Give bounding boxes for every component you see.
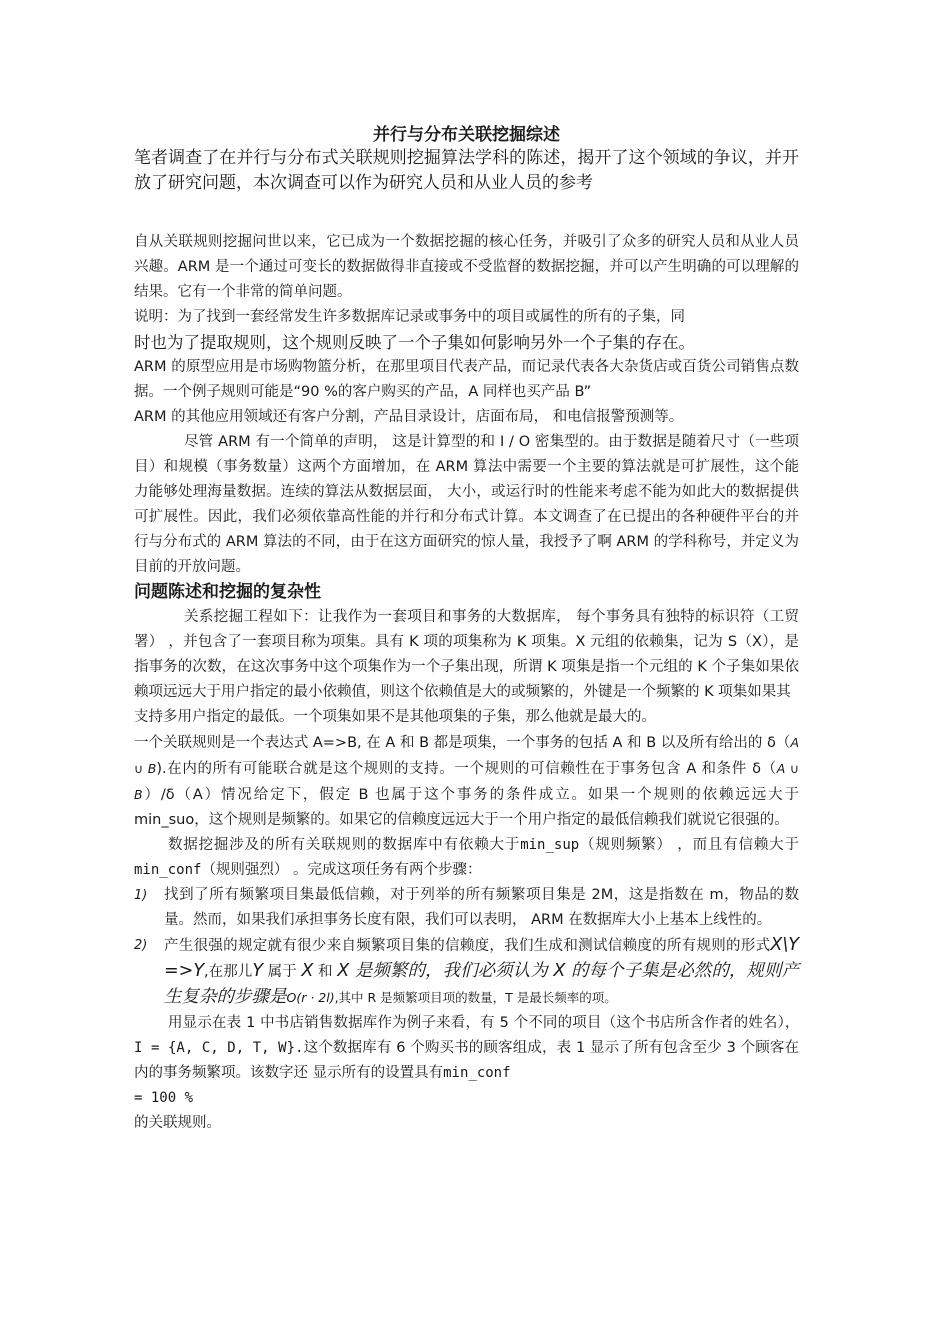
list-item-1: 1)找到了所有频繁项目集最低信赖，对于列举的所有频繁项目集是 2M，这是指数在 … (134, 883, 799, 933)
code-min-conf: min_conf (443, 1065, 510, 1081)
list-item-2: 2)产生很强的规定就有很少来自频繁项目集的信赖度，我们生成和测试信赖度的所有规则… (134, 933, 799, 1011)
spacer (134, 196, 799, 230)
list-number: 2) (134, 933, 147, 958)
section-paragraph-1: 关系挖掘工程如下：让我作为一套项目和事务的大数据库， 每个事务具有独特的标识符（… (134, 605, 799, 705)
document-title: 并行与分布关联挖掘综述 (134, 124, 799, 146)
section-paragraph-4: 数据挖掘涉及的所有关联规则的数据库中有依赖大于min_sup（规则频繁） ，而且… (134, 833, 799, 883)
list-text: 产生很强的规定就有很少来自频繁项目集的信赖度，我们生成和测试信赖度的所有规则的形… (164, 938, 770, 954)
section-paragraph-3: 一个关联规则是一个表达式 A=>B, 在 A 和 B 都是项集，一个事务的包括 … (134, 730, 799, 833)
list-number: 1) (134, 883, 147, 908)
formula-x: X (301, 961, 313, 981)
list-text: 和 (313, 964, 337, 980)
code-min-sup: min_sup (520, 837, 579, 853)
text-span: ）/δ（A）情况给定下，假定 B 也属于这个事务的条件成立。如果一个规则的依赖远… (134, 787, 799, 828)
text-span: ).在内的所有可能联合就是这个规则的支持。一个规则的可信赖性在于事务包含 A 和… (156, 761, 776, 777)
abstract: 笔者调查了在并行与分布式关联规则挖掘算法学科的陈述，揭开了这个领域的争议，并开放… (134, 146, 799, 196)
intro-paragraph-5: 尽管 ARM 有一个简单的声明， 这是计算型的和 I / O 密集型的。由于数据… (134, 430, 799, 580)
list-text: ,其中 R 是频繁项目项的数量，T 是最长频率的项。 (335, 990, 617, 1005)
code-min-conf: min_conf (134, 862, 201, 878)
intro-paragraph-1: 自从关联规则挖掘问世以来，它已成为一个数据挖掘的核心任务，并吸引了众多的研究人员… (134, 230, 799, 305)
section-paragraph-5: 用显示在表 1 中书店销售数据库作为例子来看，有 5 个不同的项目（这个书店所含… (134, 1011, 799, 1086)
text-span: （规则频繁） ，而且有信赖大于 (579, 837, 799, 853)
text-span: 一个关联规则是一个表达式 A=>B, 在 A 和 B 都是项集，一个事务的包括 … (134, 735, 790, 751)
intro-paragraph-2a: 说明：为了找到一套经常发生许多数据库记录或事务中的项目或属性的所有的子集，同 (134, 305, 799, 330)
text-span: （规则强烈） 。完成这项任务有两个步骤： (201, 862, 481, 878)
intro-paragraph-3: ARM 的原型应用是市场购物篮分析，在那里项目代表产品，而记录代表各大杂货店或百… (134, 355, 799, 405)
list-text: 属于 (263, 964, 301, 980)
formula-y: Y (252, 961, 263, 981)
closing-line: 的关联规则。 (134, 1111, 799, 1136)
text-span: 用显示在表 1 中书店销售数据库作为例子来看，有 5 个不同的项目（这个书店所含… (168, 1015, 785, 1031)
formula-complexity: O(r · 2l) (287, 990, 335, 1005)
text-span: 数据挖掘涉及的所有关联规则的数据库中有依赖大于 (168, 837, 520, 853)
list-text: ,在那儿 (204, 964, 252, 980)
document-page: 并行与分布关联挖掘综述 笔者调查了在并行与分布式关联规则挖掘算法学科的陈述，揭开… (134, 124, 799, 1136)
section-paragraph-2: 支持多用户指定的最低。一个项集如果不是其他项集的子集，那么他就是最大的。 (134, 705, 799, 730)
equation-line: = 100 % (134, 1086, 799, 1111)
intro-paragraph-4: ARM 的其他应用领域还有客户分割，产品目录设计，店面布局， 和电信报警预测等。 (134, 405, 799, 430)
intro-paragraph-2b: 时也为了提取规则，这个规则反映了一个子集如何影响另外一个子集的存在。 (134, 330, 799, 355)
section-heading: 问题陈述和挖掘的复杂性 (134, 580, 799, 605)
list-text: 找到了所有频繁项目集最低信赖，对于列举的所有频繁项目集是 2M，这是指数在 m，… (164, 887, 799, 928)
